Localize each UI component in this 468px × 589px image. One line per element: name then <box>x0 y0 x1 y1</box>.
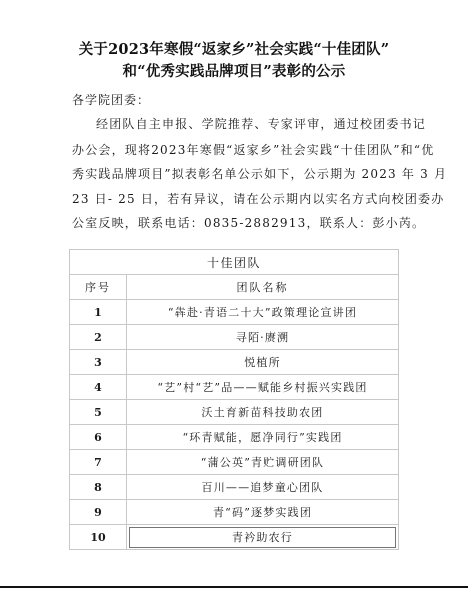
row-index: 10 <box>70 525 127 550</box>
team-name: 寻陌·赓溯 <box>127 325 399 350</box>
table-row: 8 百川——追梦童心团队 <box>70 475 399 500</box>
row-index: 4 <box>70 375 127 400</box>
team-name-text: 青衿助农行 <box>232 531 293 544</box>
row-index: 1 <box>70 300 127 325</box>
row-index: 6 <box>70 425 127 450</box>
body-paragraph-line: 经团队自主申报、学院推荐、专家评审，通过校团委书记 <box>96 115 426 133</box>
row-index: 2 <box>70 325 127 350</box>
table-row: 7 “蒲公英”青贮调研团队 <box>70 450 399 475</box>
table-caption: 十佳团队 <box>70 250 399 275</box>
team-name: “犇赴·青语二十大”政策理论宣讲团 <box>127 300 399 325</box>
table-header-row: 序号 团队名称 <box>70 275 399 300</box>
table-row: 5 沃土育新苗科技助农团 <box>70 400 399 425</box>
body-paragraph-line: 23 日- 25 日，若有异议，请在公示期内以实名方式向校团委办 <box>72 190 402 208</box>
table-row: 1 “犇赴·青语二十大”政策理论宣讲团 <box>70 300 399 325</box>
table-caption-row: 十佳团队 <box>70 250 399 275</box>
row-index: 5 <box>70 400 127 425</box>
team-name: 青“码”逐梦实践团 <box>127 500 399 525</box>
table-row-highlighted: 10 青衿助农行 <box>70 525 399 550</box>
page-bottom-border <box>0 586 468 588</box>
team-name: 沃土育新苗科技助农团 <box>127 400 399 425</box>
table-row: 2 寻陌·赓溯 <box>70 325 399 350</box>
body-paragraph-line: 秀实践品牌项目”拟表彰名单公示如下，公示期为 2023 年 3 月 <box>72 165 402 183</box>
top-ten-teams-table: 十佳团队 序号 团队名称 1 “犇赴·青语二十大”政策理论宣讲团 2 寻陌·赓溯… <box>69 249 399 550</box>
team-name: 百川——追梦童心团队 <box>127 475 399 500</box>
team-name: 悦植所 <box>127 350 399 375</box>
column-header-team-name: 团队名称 <box>127 275 399 300</box>
row-index: 7 <box>70 450 127 475</box>
salutation: 各学院团委： <box>72 91 150 109</box>
row-index: 8 <box>70 475 127 500</box>
row-index: 3 <box>70 350 127 375</box>
team-name-highlighted: 青衿助农行 <box>127 525 399 550</box>
table-row: 3 悦植所 <box>70 350 399 375</box>
column-header-index: 序号 <box>70 275 127 300</box>
table-row: 9 青“码”逐梦实践团 <box>70 500 399 525</box>
document-title-line-2: 和“优秀实践品牌项目”表彰的公示 <box>0 62 468 82</box>
team-name: “环青赋能，愿净同行”实践团 <box>127 425 399 450</box>
table-row: 6 “环青赋能，愿净同行”实践团 <box>70 425 399 450</box>
team-name: “蒲公英”青贮调研团队 <box>127 450 399 475</box>
team-name: “艺”村“艺”品——赋能乡村振兴实践团 <box>127 375 399 400</box>
body-paragraph-line: 公室反映，联系电话：0835-2882913，联系人：彭小芮。 <box>72 214 402 232</box>
table-row: 4 “艺”村“艺”品——赋能乡村振兴实践团 <box>70 375 399 400</box>
document-title-line-1: 关于2023年寒假“返家乡”社会实践“十佳团队” <box>0 40 468 60</box>
row-index: 9 <box>70 500 127 525</box>
body-paragraph-line: 办公会，现将2023年寒假“返家乡”社会实践“十佳团队”和“优 <box>72 141 402 159</box>
